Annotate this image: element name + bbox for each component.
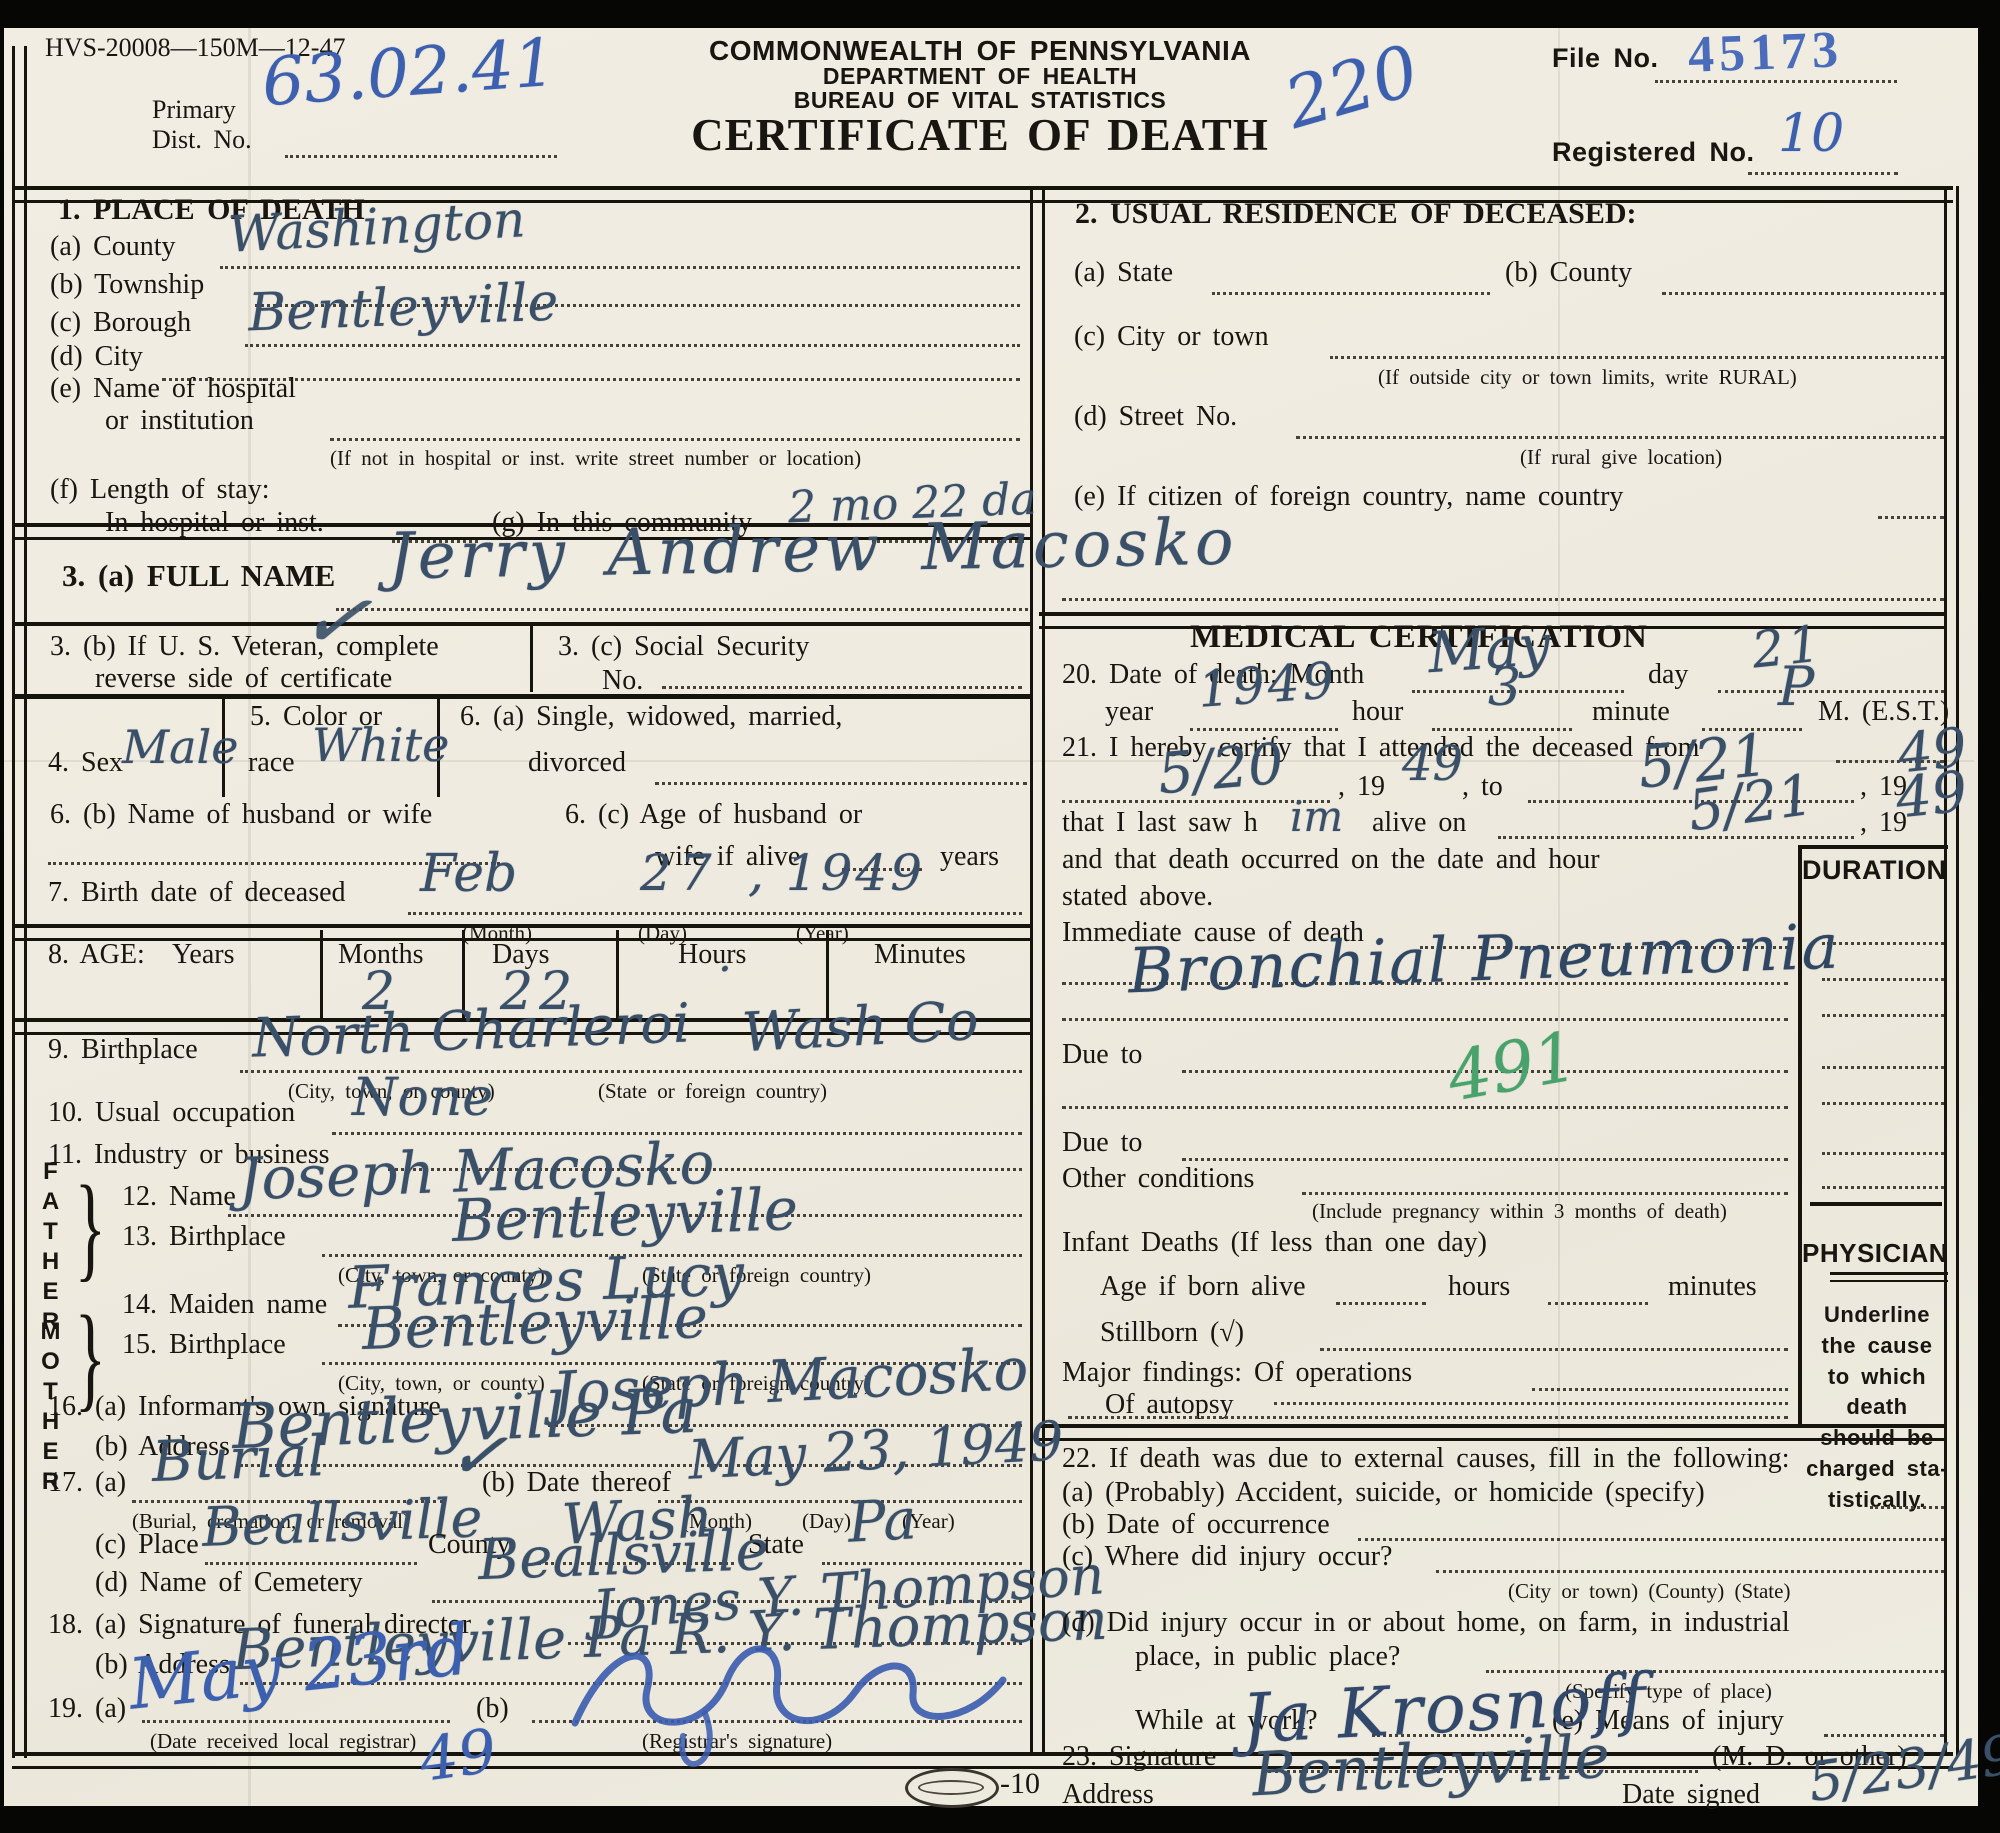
occupation-label: 10. Usual occupation: [48, 1098, 295, 1127]
file-no-label: File No.: [1552, 44, 1659, 72]
registered-no-label: Registered No.: [1552, 138, 1755, 166]
registered-no-value: 10: [1778, 108, 1844, 160]
age-hours-dot: ·: [718, 948, 732, 992]
birth-month-value: Feb: [420, 848, 517, 900]
form-left-border: [12, 46, 27, 1758]
primary-dist-value: 63.02.41: [260, 30, 558, 116]
alive-on-label: alive on: [1372, 808, 1466, 837]
foreign-country-line-1: [1878, 516, 1944, 519]
occurred-line: and that death occurred on the date and …: [1062, 845, 1600, 874]
color-label-2: race: [248, 748, 295, 777]
burial-place-label: (c) Place: [95, 1530, 199, 1559]
age-label: 8. AGE:: [48, 940, 145, 969]
mother-birthplace-value: Bentleyville: [361, 1288, 709, 1358]
other-conditions-line: [1302, 1192, 1788, 1195]
residence-state-line: [1212, 292, 1490, 295]
primary-dist-line: [285, 155, 557, 158]
age-col-hours: Hours: [678, 940, 746, 969]
father-birthplace-label: 13. Birthplace: [122, 1222, 286, 1251]
birth-date-label: 7. Birth date of deceased: [48, 878, 346, 907]
disposition-label: 17. (a): [48, 1468, 126, 1497]
spouse-name-label: 6. (b) Name of husband or wife: [50, 800, 432, 829]
marital-line: [655, 782, 1027, 785]
residence-county-label: (b) County: [1505, 258, 1632, 287]
physician-underline: [1830, 1272, 1948, 1282]
burial-state-value: Pa: [847, 1492, 918, 1552]
sex-label: 4. Sex: [48, 748, 123, 777]
residence-city-line: [1330, 356, 1944, 359]
attended-to-label: , to: [1462, 772, 1503, 801]
attended-from-year: 49: [1402, 740, 1463, 788]
occurrence-date-label: (b) Date of occurrence: [1062, 1510, 1330, 1539]
last-saw-value: 5/21: [1685, 768, 1817, 841]
occupation-value: None: [352, 1072, 493, 1124]
org-line-3: BUREAU OF VITAL STATISTICS: [680, 88, 1280, 112]
physician-label: PHYSICIAN: [1802, 1240, 1946, 1267]
section2-title: 2. USUAL RESIDENCE OF DECEASED:: [1075, 198, 1637, 230]
borough-line: [245, 344, 1020, 347]
disposition-value: Burial: [151, 1429, 326, 1491]
last-saw-him: im: [1290, 796, 1343, 838]
rule-below-veteran: [12, 694, 1030, 699]
duration-box-top: [1798, 845, 1948, 849]
accident-label: (a) (Probably) Accident, suicide, or hom…: [1062, 1478, 1705, 1507]
father-vertical-label: FATHER: [36, 1158, 64, 1338]
burial-place-line: [205, 1562, 417, 1565]
duration-line: [1822, 1014, 1944, 1017]
residence-city-label: (c) City or town: [1074, 322, 1269, 351]
stillborn-label: Stillborn (√): [1100, 1318, 1244, 1347]
date-thereof-line: [658, 1500, 1022, 1503]
stated-above-line: stated above.: [1062, 882, 1213, 911]
hospital-label-2: or institution: [105, 406, 254, 435]
injury-home-label-2: place, in public place?: [1135, 1642, 1400, 1671]
org-line-2: DEPARTMENT OF HEALTH: [680, 64, 1280, 88]
thereof-sub-day: (Day): [802, 1510, 851, 1532]
physician-address-value: Bentleyville: [1251, 1727, 1612, 1806]
physician-signature-label: 23. Signature: [1062, 1742, 1216, 1771]
injury-home-label-1: (d) Did injury occur in or about home, o…: [1062, 1608, 1790, 1637]
physician-note: Underline the cause to which death shoul…: [1806, 1300, 1948, 1516]
operations-line: [1532, 1388, 1788, 1391]
printer-union-seal: [905, 1768, 999, 1808]
death-hour-line: [1432, 728, 1572, 731]
autopsy-line: [1274, 1402, 1788, 1405]
form-center-divider: [1030, 186, 1045, 1756]
age-born-min-label: minutes: [1668, 1272, 1757, 1301]
hospital-label-1: (e) Name of hospital: [50, 374, 296, 403]
father-birthplace-value: Bentleyville: [451, 1180, 799, 1250]
death-day-line: [1718, 690, 1944, 693]
registered-no-line: [1748, 172, 1898, 175]
mother-maiden-label: 14. Maiden name: [122, 1290, 327, 1319]
duration-line: [1822, 1186, 1944, 1189]
due-to-label-2: Due to: [1062, 1128, 1142, 1157]
father-brace: }: [75, 1168, 106, 1286]
page-number: -10: [1000, 1768, 1040, 1800]
death-year-value: 1949: [1196, 655, 1338, 715]
ssn-label-1: 3. (c) Social Security: [558, 632, 809, 661]
veteran-check-mark: ✓: [294, 574, 375, 667]
death-year-label: year: [1105, 697, 1153, 726]
primary-dist-label-1: Primary: [152, 96, 236, 123]
last-saw-line: [1498, 836, 1854, 839]
borough-label: (c) Borough: [50, 308, 191, 337]
death-minute-label: minute: [1592, 697, 1670, 726]
injury-where-label: (c) Where did injury occur?: [1062, 1542, 1392, 1571]
color-value: White: [312, 722, 449, 768]
county-line: [220, 266, 1020, 269]
external-causes-title: 22. If death was due to external causes,…: [1062, 1444, 1790, 1473]
death-day-label: day: [1648, 660, 1688, 689]
age-col-minutes: Minutes: [874, 940, 966, 969]
date-received-line: [142, 1720, 450, 1723]
hospital-line: [330, 438, 1020, 441]
divider-3b-3c: [530, 626, 533, 692]
stillborn-line: [1320, 1348, 1788, 1351]
birthplace-label: 9. Birthplace: [48, 1035, 198, 1064]
borough-value: Bentleyville: [247, 277, 559, 340]
foreign-country-line-2: [1062, 598, 1944, 601]
death-hour-label: hour: [1352, 697, 1403, 726]
date-received-year: 49: [416, 1721, 500, 1791]
duration-line: [1822, 1152, 1944, 1155]
infant-deaths-label: Infant Deaths (If less than one day): [1062, 1228, 1487, 1257]
physician-address-label: Address: [1062, 1780, 1154, 1809]
street-no-line: [1296, 436, 1944, 439]
father-name-label: 12. Name: [122, 1182, 236, 1211]
veteran-label-1: 3. (b) If U. S. Veteran, complete: [50, 632, 439, 661]
age-born-hours-label: hours: [1448, 1272, 1510, 1301]
cemetery-label: (d) Name of Cemetery: [95, 1568, 363, 1597]
length-of-stay-label: (f) Length of stay:: [50, 475, 270, 504]
residence-county-line: [1662, 292, 1944, 295]
findings-blank-line: [1068, 1416, 1788, 1419]
birth-year-value: , 1949: [748, 848, 925, 898]
birthplace-value-state: Wash Co: [741, 994, 980, 1060]
birthplace-sub-state: (State or foreign country): [598, 1080, 827, 1102]
certificate-title: CERTIFICATE OF DEATH: [680, 112, 1280, 159]
hospital-note: (If not in hospital or inst. write stree…: [330, 447, 861, 469]
cause-line-3: [1062, 1018, 1788, 1021]
street-no-note: (If rural give location): [1520, 446, 1722, 468]
date-signed-label: Date signed: [1622, 1780, 1760, 1809]
death-certificate-scan: HVS-20008—150M—12-47 Primary Dist. No. 6…: [0, 0, 2000, 1833]
city-label: (d) City: [50, 342, 143, 371]
due-to-label-1: Due to: [1062, 1040, 1142, 1069]
last-saw-label: that I last saw h: [1062, 808, 1258, 837]
death-hour-value: 3: [1488, 662, 1521, 714]
occurrence-date-line: [1358, 1538, 1944, 1541]
full-name-value: Jerry Andrew Macosko: [388, 511, 1238, 590]
major-findings-label: Major findings: Of operations: [1062, 1358, 1412, 1387]
township-label: (b) Township: [50, 270, 204, 299]
primary-dist-label-2: Dist. No.: [152, 126, 252, 153]
in-hospital-label: In hospital or inst.: [105, 508, 324, 537]
attended-from-value: 5/20: [1156, 737, 1286, 804]
attended-19-a: , 19: [1338, 772, 1385, 801]
file-no-value: 45173: [1687, 23, 1844, 83]
duration-line: [1822, 1102, 1944, 1105]
full-name-line: [336, 608, 1028, 611]
spouse-age-label-1: 6. (c) Age of husband or: [565, 800, 862, 829]
birth-day-value: 27: [640, 848, 720, 898]
birth-date-line: [408, 912, 1022, 915]
county-label: (a) County: [50, 232, 176, 261]
duration-label: DURATION: [1802, 856, 1946, 884]
date-received-sub: (Date received local registrar): [150, 1730, 416, 1752]
ssn-line: [662, 686, 1022, 689]
registrar-row-label: 19. (a): [48, 1694, 126, 1723]
birth-year-sub: (Year): [796, 922, 849, 944]
residence-city-note: (If outside city or town limits, write R…: [1378, 366, 1797, 388]
full-name-label: 3. (a) FULL NAME: [62, 560, 335, 593]
autopsy-label: Of autopsy: [1105, 1390, 1234, 1419]
birthplace-value-city: North Charleroi: [251, 996, 691, 1065]
ssn-label-2: No.: [602, 666, 643, 695]
accident-line: [1870, 1506, 1944, 1509]
age-born-hours-line: [1336, 1302, 1426, 1305]
sex-value: Male: [122, 724, 238, 770]
death-ampm-value: P: [1778, 660, 1814, 714]
org-line-1: COMMONWEALTH OF PENNSYLVANIA: [680, 36, 1280, 65]
rule-below-fullname: [12, 622, 1030, 626]
mother-birthplace-label: 15. Birthplace: [122, 1330, 286, 1359]
county-value: Washington: [227, 194, 527, 259]
form-right-border: [1944, 186, 1959, 1756]
registrar-signature-scribble: [555, 1618, 1035, 1768]
medical-cert-title: MEDICAL CERTIFICATION: [1190, 620, 1648, 655]
marital-label-2: divorced: [528, 748, 626, 777]
injury-where-line: [1436, 1570, 1944, 1573]
due-to-line-2: [1182, 1158, 1788, 1161]
due-to-blank-line: [1062, 1106, 1788, 1109]
death-year-line: [1190, 728, 1338, 731]
other-conditions-note: (Include pregnancy within 3 months of de…: [1312, 1200, 1727, 1222]
marital-label-1: 6. (a) Single, widowed, married,: [460, 702, 842, 731]
age-born-alive-label: Age if born alive: [1100, 1272, 1306, 1301]
last-saw-year: 49: [1893, 764, 1970, 827]
other-conditions-label: Other conditions: [1062, 1164, 1254, 1193]
age-col-years: Years: [172, 940, 235, 969]
spouse-age-years: years: [940, 842, 999, 871]
duration-line: [1822, 1066, 1944, 1069]
street-no-label: (d) Street No.: [1074, 402, 1237, 431]
duration-box-inner-rule: [1810, 1202, 1942, 1206]
injury-where-sub: (City or town) (County) (State): [1508, 1580, 1790, 1602]
age-born-min-line: [1548, 1302, 1648, 1305]
residence-state-label: (a) State: [1074, 258, 1173, 287]
